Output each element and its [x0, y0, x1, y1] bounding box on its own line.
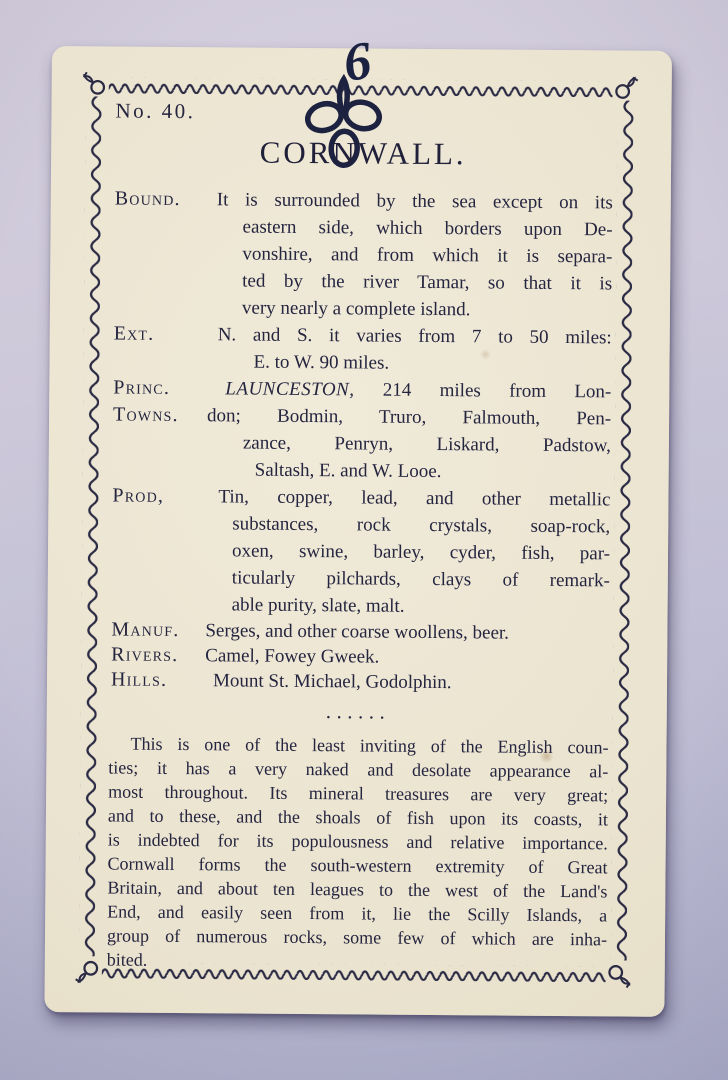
entry-label: Rivers.	[111, 642, 178, 668]
text-line: bited.	[107, 947, 607, 975]
text-line: group of numerous rocks, some few of whi…	[107, 923, 607, 951]
corner-ornament-icon	[81, 70, 111, 100]
text-line: Tin, copper, lead, and other metallic	[206, 483, 610, 513]
text-line: don; Bodmin, Truro, Falmouth, Pen-	[207, 402, 611, 432]
border-right-wave	[611, 100, 634, 960]
corner-ornament-icon	[603, 959, 633, 989]
entry-principal-towns: Princ. Towns. LAUNCESTON, 214 miles from…	[111, 374, 612, 486]
text-line: eastern side, which borders upon De-	[208, 213, 612, 243]
border-left-wave	[79, 96, 102, 956]
text-line: Mount St. Michael, Godolphin.	[205, 668, 609, 696]
text-line: Serges, and other coarse woollens, beer.	[205, 618, 609, 646]
entry-label: Towns.	[113, 401, 179, 429]
photo-background: { "photo": { "background_top": "#cec9da"…	[0, 0, 728, 1080]
dots-separator: ......	[109, 704, 609, 725]
entry-label: Bound.	[115, 185, 181, 213]
text-line: N. and S. it varies from 7 to 50 miles:	[208, 321, 612, 351]
entry-rivers: Rivers. Camel, Fowey Gweek.	[109, 642, 609, 671]
corner-ornament-icon	[74, 955, 104, 985]
entry-produce: Prod, Tin, copper, lead, and other metal…	[110, 482, 611, 621]
text-line: Saltash, E. and W. Looe.	[207, 456, 611, 486]
entry-hills: Hills. Mount St. Michael, Godolphin.	[109, 667, 609, 696]
entry-manufactures: Manuf. Serges, and other coarse woollens…	[109, 617, 609, 646]
entry-label: Prod,	[112, 482, 164, 509]
text-line: E. to W. 90 miles.	[207, 348, 611, 378]
text-line: vonshire, and from which it is separa-	[208, 240, 612, 270]
text-line: ted by the river Tamar, so that it is	[208, 267, 612, 297]
card-content: No. 40. CORNWALL. Bound. It is surrounde…	[107, 94, 614, 975]
text-line: able purity, slate, malt.	[206, 591, 610, 621]
corner-ornament-icon	[610, 74, 640, 104]
entry-label: Ext.	[114, 320, 155, 347]
text-line: oxen, swine, barley, cyder, fish, par-	[206, 537, 610, 567]
text-line: zance, Penryn, Liskard, Padstow,	[207, 429, 611, 459]
card-title: CORNWALL.	[113, 133, 613, 173]
text-line: It is surrounded by the sea except on it…	[209, 186, 613, 216]
text-line: Camel, Fowey Gweek.	[205, 643, 609, 671]
text-line: ticularly pilchards, clays of remark-	[206, 564, 610, 594]
gazetteer-entries: Bound. It is surrounded by the sea excep…	[109, 185, 613, 696]
geography-card: 6 No. 40. CORNWALL. Bound. It is surroun…	[44, 46, 672, 1017]
entry-bound: Bound. It is surrounded by the sea excep…	[112, 185, 613, 324]
entry-label: Hills.	[111, 667, 167, 692]
description-paragraph: This is one of the least inviting of the…	[107, 731, 609, 975]
text-line: LAUNCESTON, 214 miles from Lon-	[207, 375, 611, 405]
entry-extent: Ext. N. and S. it varies from 7 to 50 mi…	[111, 320, 611, 378]
entry-label: Princ.	[113, 374, 170, 401]
text-line: very nearly a complete island.	[208, 294, 612, 324]
entry-label: Manuf.	[111, 617, 179, 643]
card-number: No. 40.	[115, 99, 613, 128]
text-line: substances, rock crystals, soap-rock,	[206, 510, 610, 540]
